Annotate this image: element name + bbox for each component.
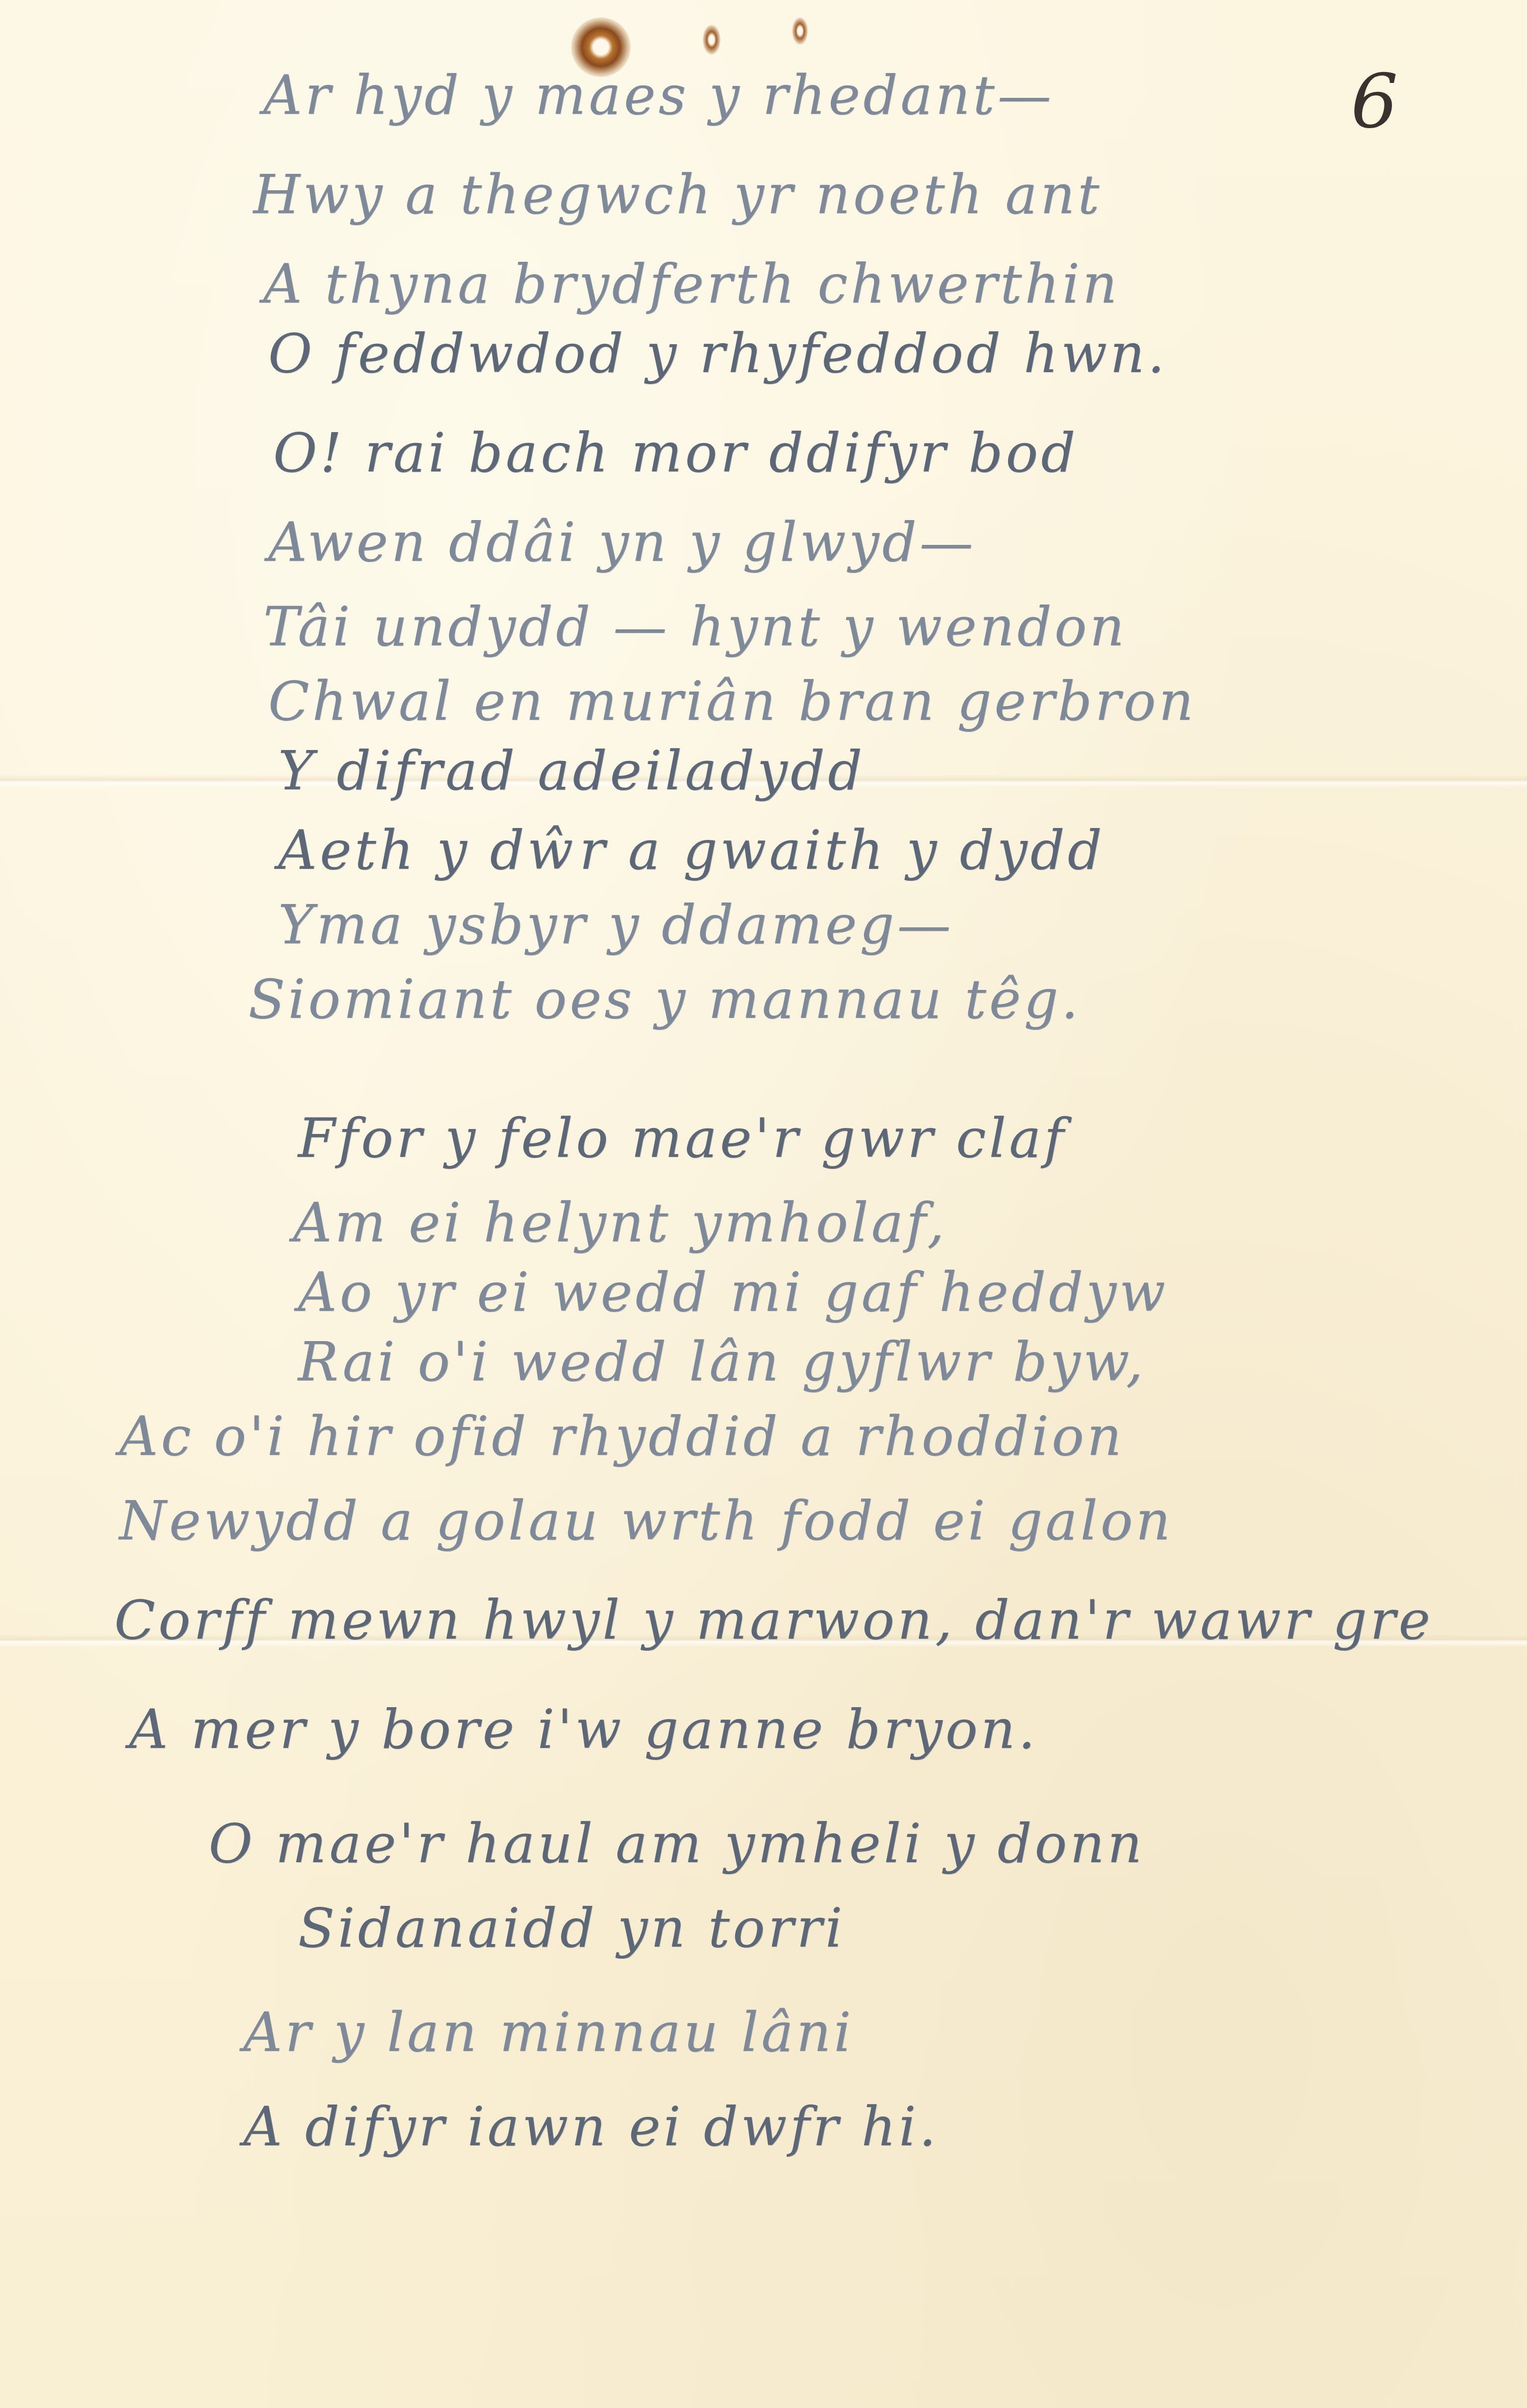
poem-line: Aeth y dŵr a gwaith y dydd (278, 820, 1105, 882)
poem-line: O feddwdod y rhyfeddod hwn. (268, 323, 1167, 385)
poem-line: Ar hyd y maes y rhedant— (263, 65, 1054, 127)
poem-line: Rai o'i wedd lân gyflwr byw, (298, 1331, 1146, 1393)
poem: Ar hyd y maes y rhedant— Hwy a thegwch y… (0, 0, 1527, 2408)
poem-line: Ac o'i hir ofid rhyddid a rhoddion (119, 1406, 1124, 1468)
poem-line: Corff mewn hwyl y marwon, dan'r wawr gre (114, 1589, 1433, 1652)
poem-line: Y difrad adeiladydd (278, 740, 865, 802)
poem-line: A thyna brydferth chwerthin (263, 253, 1120, 315)
poem-line: Tâi undydd — hynt y wendon (263, 596, 1127, 658)
poem-line: Ffor y felo mae'r gwr claf (298, 1108, 1067, 1170)
poem-line: Newydd a golau wrth fodd ei galon (119, 1490, 1173, 1552)
manuscript-page: 6 Ar hyd y maes y rhedant— Hwy a thegwch… (0, 0, 1527, 2408)
poem-line: Sidanaidd yn torri (298, 1897, 845, 1959)
poem-line: Am ei helynt ymholaf, (293, 1192, 947, 1254)
poem-line: Yma ysbyr y ddameg— (278, 894, 953, 956)
poem-line: Awen ddâi yn y glwyd— (268, 512, 976, 574)
poem-line: A difyr iawn ei dwfr hi. (243, 2096, 939, 2158)
poem-line: Ar y lan minnau lâni (243, 2002, 854, 2064)
poem-line: Ao yr ei wedd mi gaf heddyw (298, 1262, 1168, 1324)
poem-line: O! rai bach mor ddifyr bod (273, 422, 1079, 484)
poem-line: Chwal en muriân bran gerbron (268, 671, 1196, 733)
poem-line: O mae'r haul am ymheli y donn (209, 1813, 1145, 1875)
poem-line: Siomiant oes y mannau têg. (248, 969, 1081, 1031)
poem-line: A mer y bore i'w ganne bryon. (129, 1699, 1038, 1761)
poem-line: Hwy a thegwch yr noeth ant (253, 164, 1102, 226)
